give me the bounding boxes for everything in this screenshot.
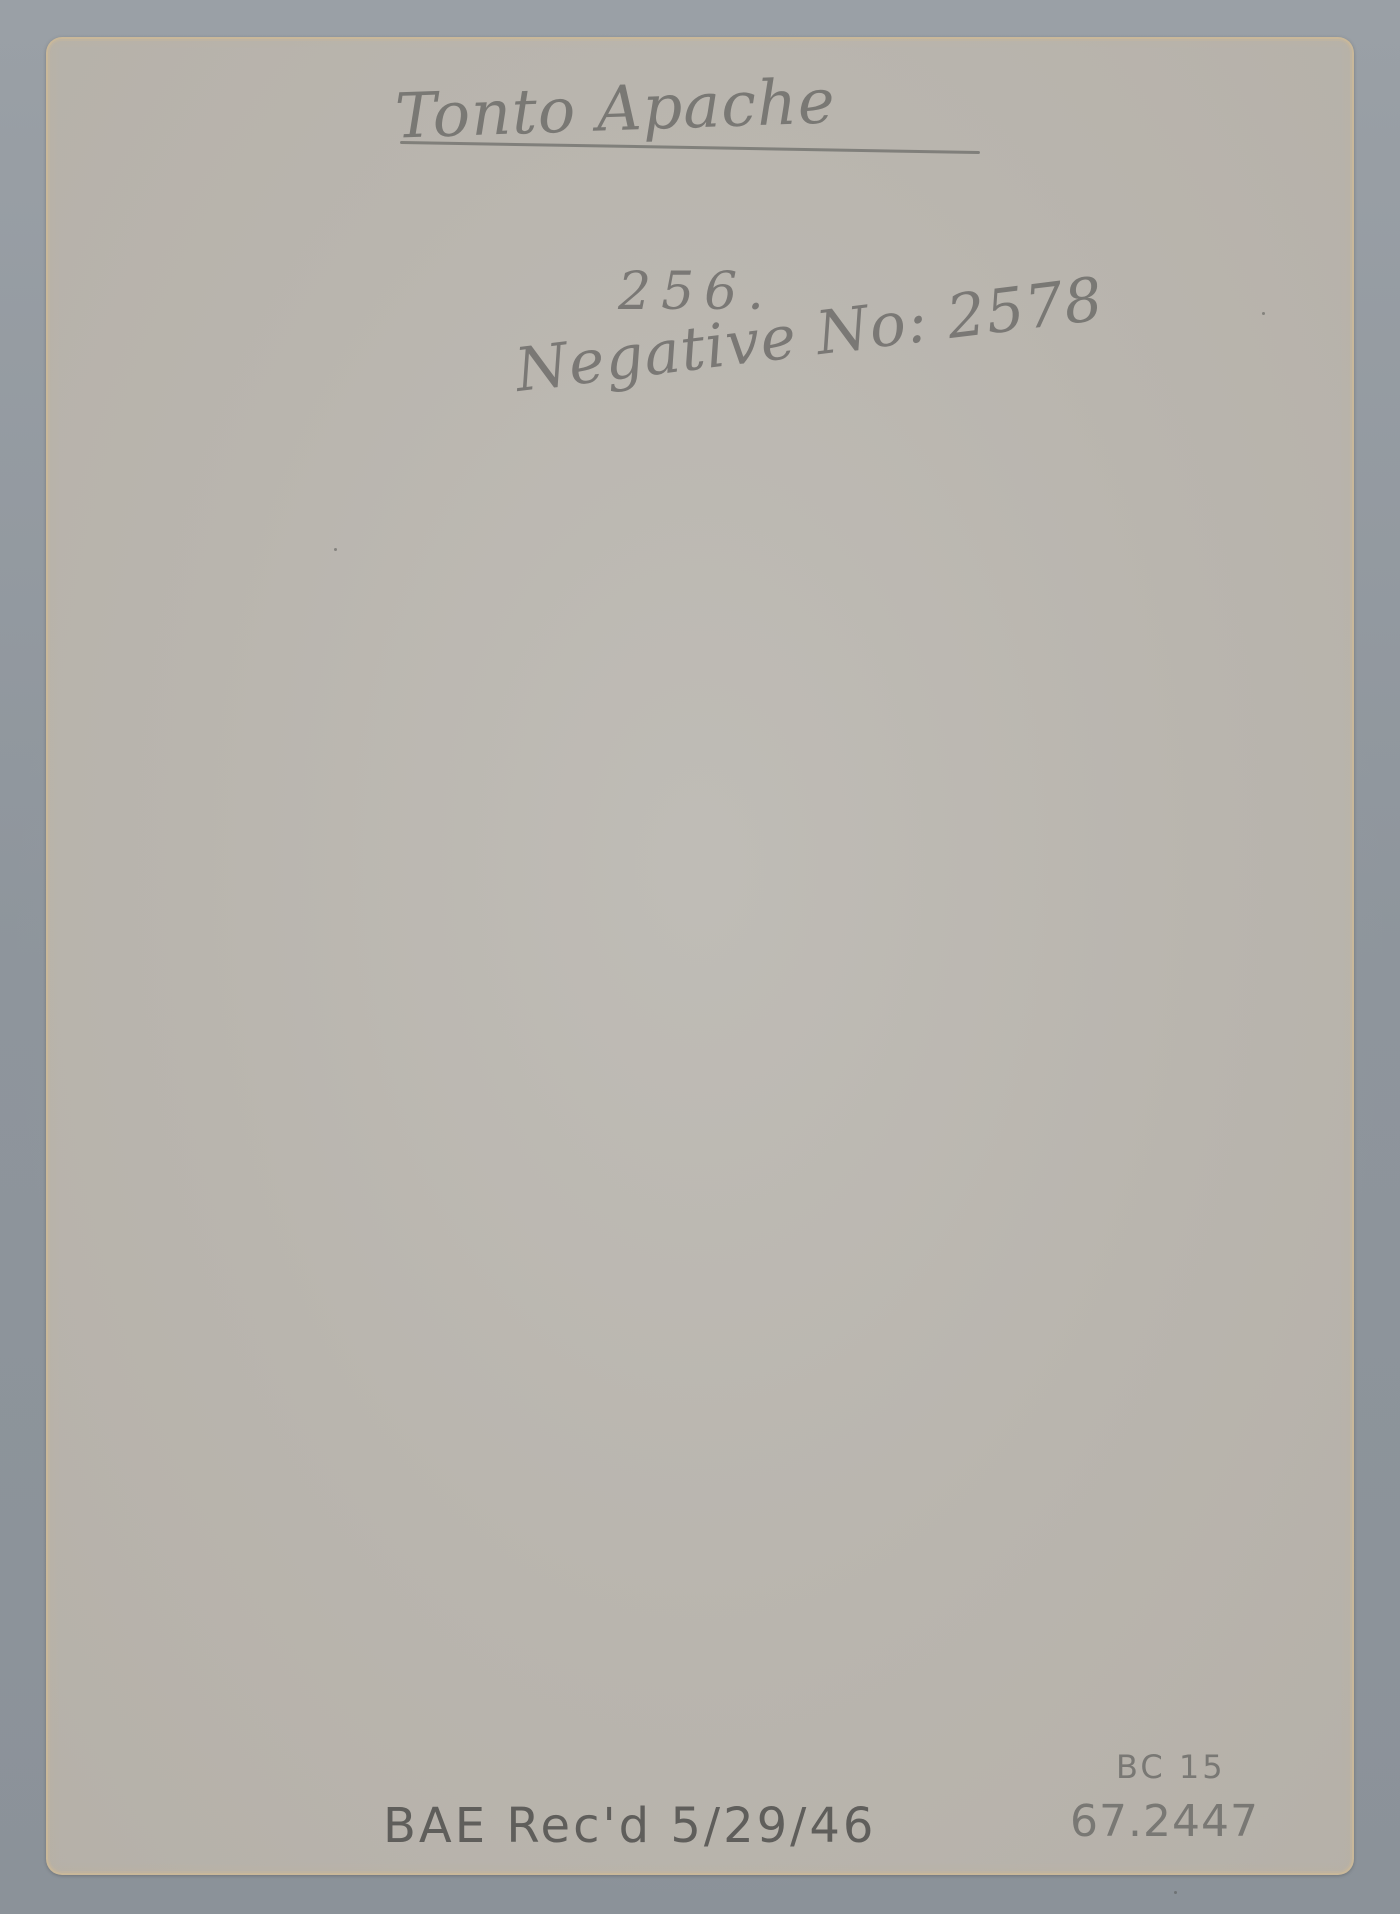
catalog-number-inscription: 67.2447 (1070, 1796, 1259, 1847)
paper-speck (1174, 1891, 1177, 1894)
paper-speck (334, 548, 337, 551)
title-inscription: Tonto Apache (394, 64, 837, 152)
received-date-inscription: BAE Rec'd 5/29/46 (383, 1798, 876, 1854)
paper-speck (1262, 312, 1265, 315)
box-code-inscription: BC 15 (1116, 1748, 1226, 1786)
